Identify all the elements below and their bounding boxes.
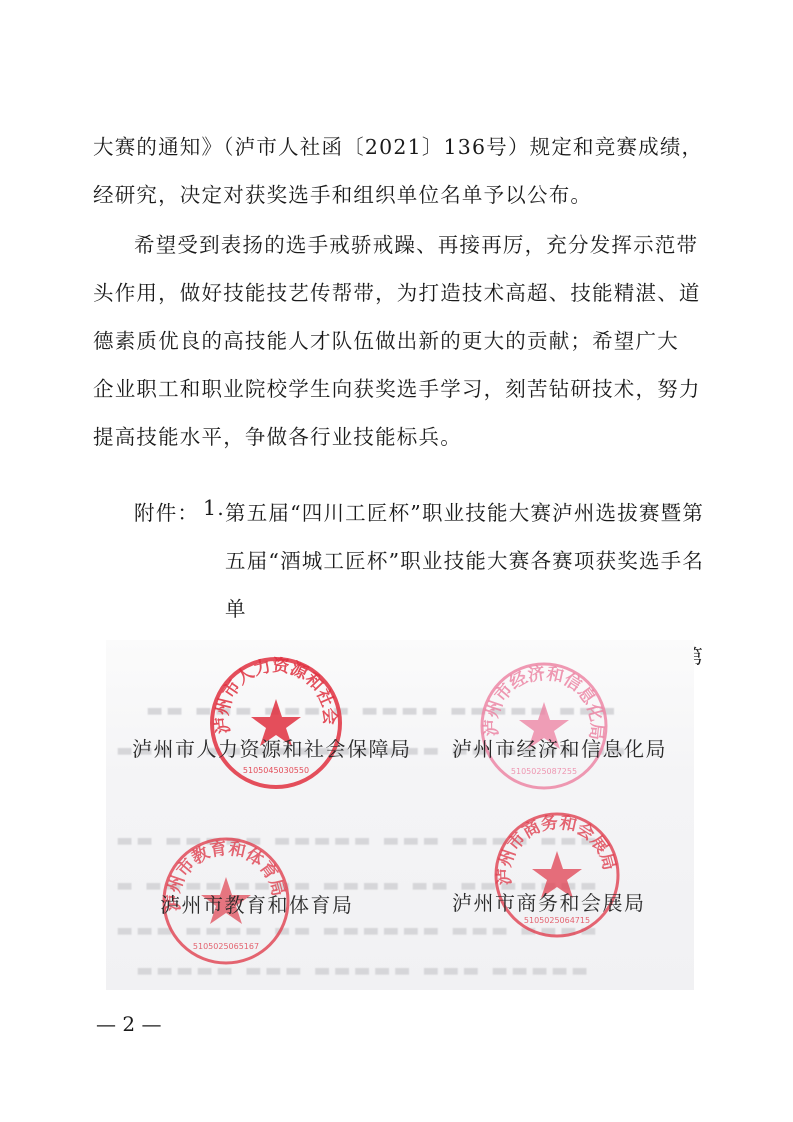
signature-org-name: 泸州市经济和信息化局	[452, 733, 667, 762]
svg-text:5105025065167: 5105025065167	[193, 942, 259, 951]
signature-org-name: 泸州市教育和体育局	[160, 889, 354, 918]
text-line: 经研究，决定对获奖选手和组织单位名单予以公布。	[93, 178, 592, 208]
official-seal-icon: 泸州市商务和会展局 5105025064715	[492, 810, 622, 940]
svg-text:5105025064715: 5105025064715	[524, 916, 590, 925]
attachment-line: 单	[225, 592, 247, 622]
text-line: 德素质优良的高技能人才队伍做出新的更大的贡献；希望广大	[93, 324, 679, 354]
text-line: 提高技能水平，争做各行业技能标兵。	[93, 420, 462, 450]
signature-org-name: 泸州市人力资源和社会保障局	[132, 733, 412, 762]
text-line: 企业职工和职业院校学生向获奖选手学习，刻苦钻研技术，努力	[93, 372, 701, 402]
attachment-line: 五届“酒城工匠杯”职业技能大赛各赛项获奖选手名	[225, 544, 704, 574]
signature-org-name: 泸州市商务和会展局	[452, 887, 646, 916]
attachment-line: 第五届“四川工匠杯”职业技能大赛泸州选拔赛暨第	[225, 496, 704, 526]
svg-text:5105045030550: 5105045030550	[243, 766, 309, 775]
text-line: 希望受到表扬的选手戒骄戒躁、再接再厉，充分发挥示范带	[134, 228, 698, 258]
official-seal-icon: 泸州市经济和信息化局 5105025087255	[478, 660, 610, 792]
text-line: 大赛的通知》（泸市人社函〔2021〕136号）规定和竞赛成绩，	[93, 130, 703, 160]
attachments-label: 附件：	[134, 496, 199, 526]
svg-text:5105025087255: 5105025087255	[511, 767, 577, 776]
page-number: — 2 —	[96, 1012, 161, 1036]
official-seal-icon: 泸州市人力资源和社会保障局 5105045030550	[208, 655, 344, 791]
attachment-number: 1.	[203, 496, 225, 520]
text-line: 头作用，做好技能技艺传帮带，为打造技术高超、技能精湛、道	[93, 276, 701, 306]
